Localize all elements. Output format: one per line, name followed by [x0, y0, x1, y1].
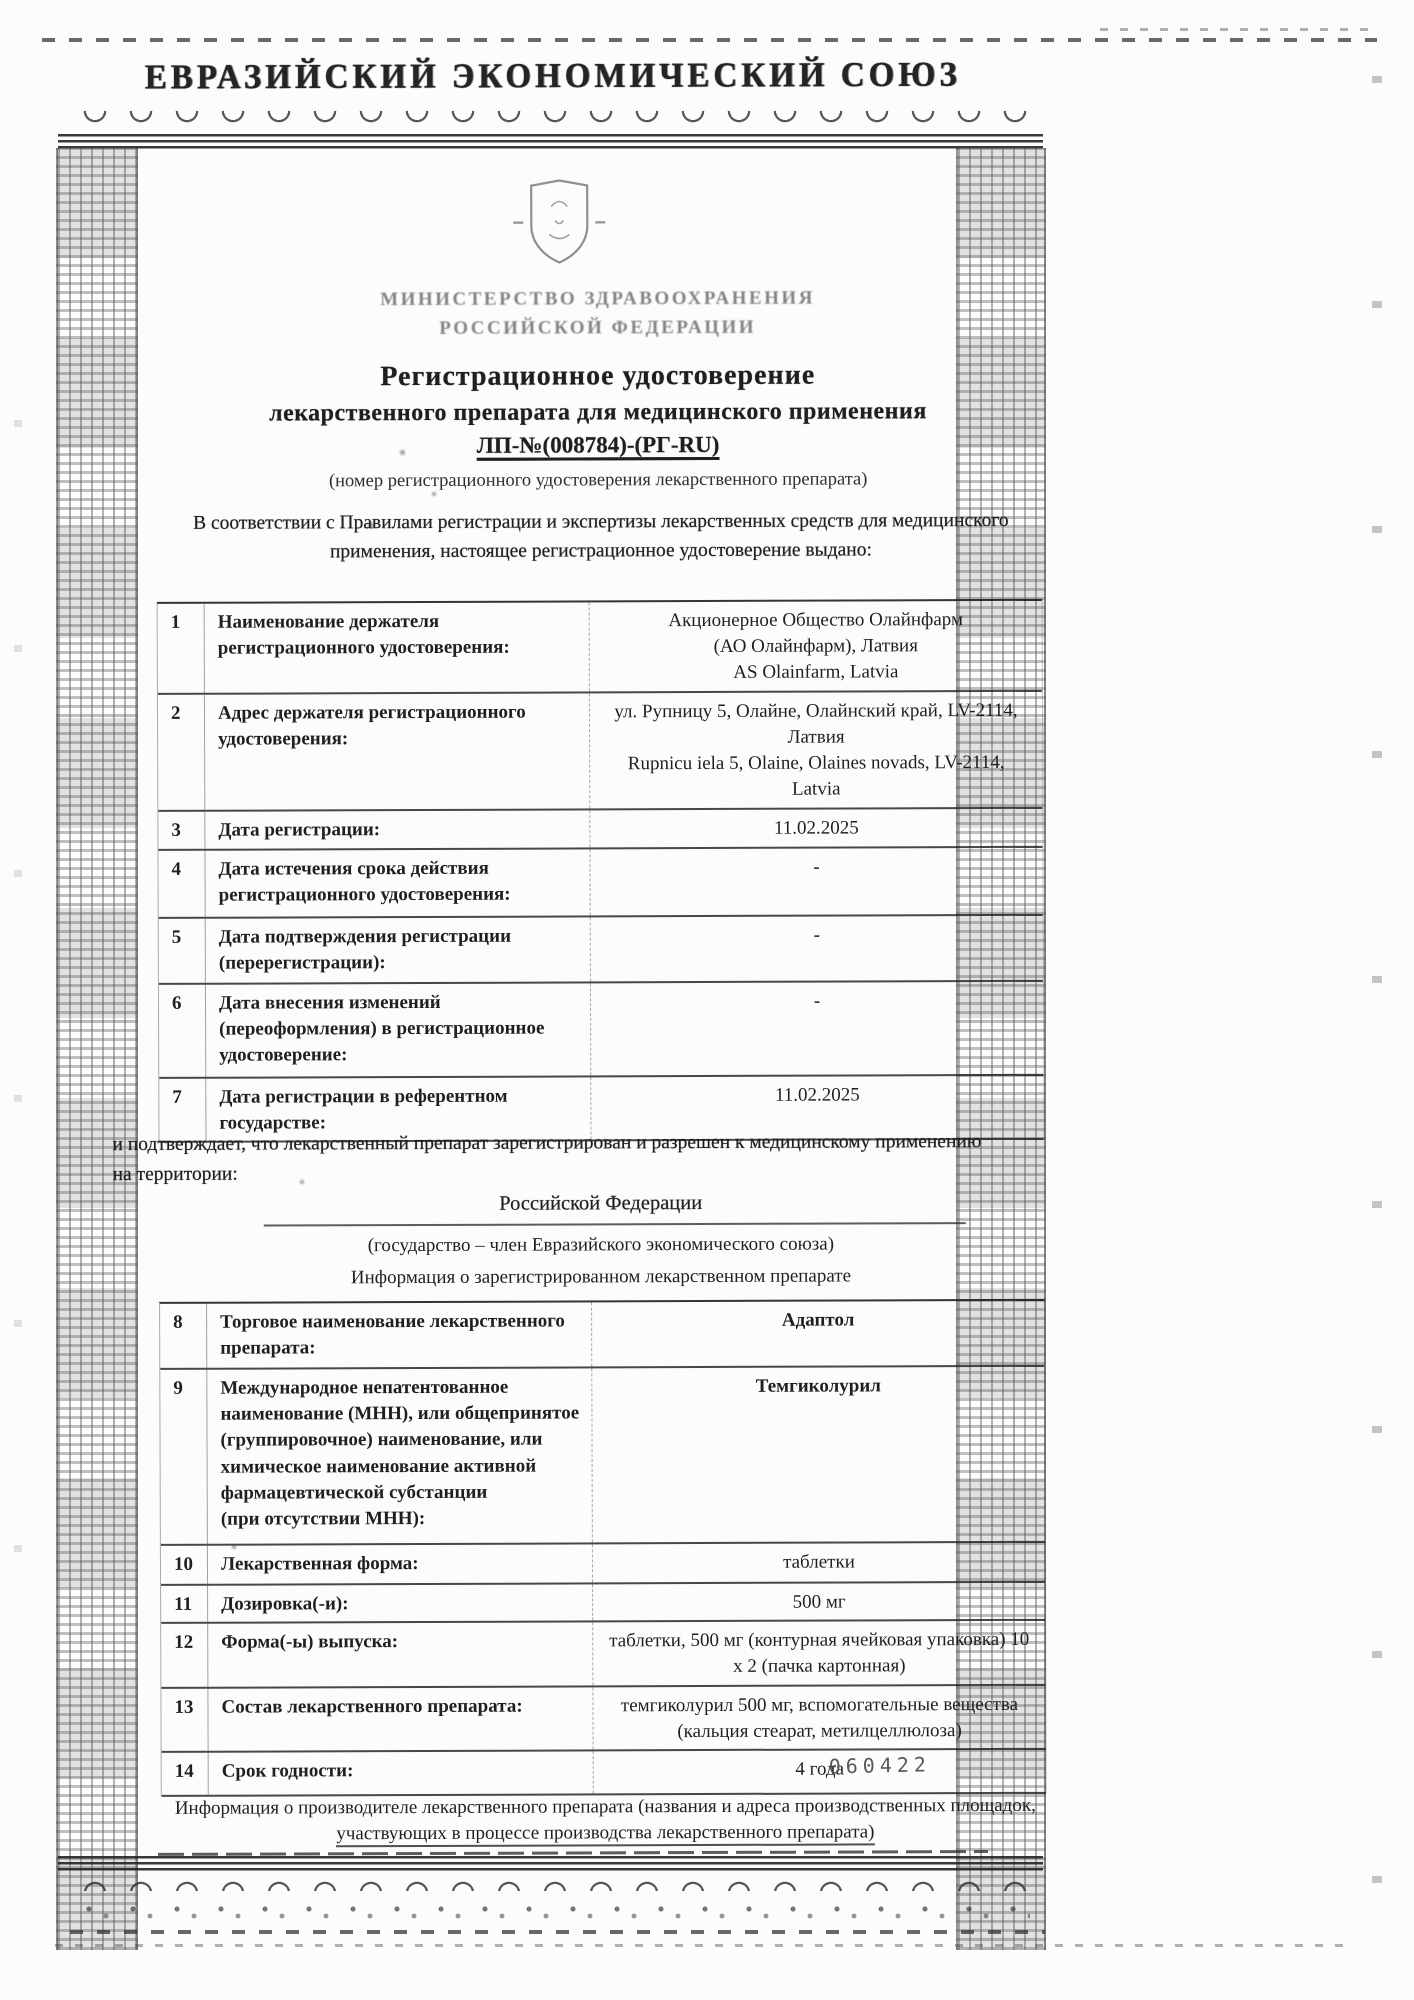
territory-caption: (государство – член Евразийского экономи… — [161, 1233, 1041, 1258]
coat-of-arms-icon — [511, 176, 607, 268]
row-value: Акционерное Общество Олайнфарм (АО Олайн… — [590, 601, 1042, 691]
manufacturer-info-line2-text: участвующих в процессе производства лека… — [336, 1821, 874, 1847]
table-row: 12 Форма(-ы) выпуска: таблетки, 500 мг (… — [161, 1621, 1045, 1689]
row-number: 3 — [158, 811, 205, 848]
row-label: Дата истечения срока действия регистраци… — [205, 849, 590, 916]
table-row: 6 Дата внесения изменений (переоформлени… — [159, 981, 1043, 1078]
table-row: 13 Состав лекарственного препарата: темг… — [161, 1685, 1045, 1753]
row-number: 14 — [162, 1753, 209, 1795]
territory-underline — [264, 1222, 966, 1226]
row-label: Дата внесения изменений (переоформления)… — [206, 983, 591, 1076]
row-value: темгиколурил 500 мг, вспомогательные вещ… — [593, 1685, 1045, 1749]
row-value: - — [591, 981, 1043, 1075]
row-value: - — [590, 847, 1042, 915]
row-label: Международное непатентованное наименован… — [207, 1368, 593, 1543]
row-value: ул. Рупницу 5, Олайне, Олайнский край, L… — [590, 691, 1042, 807]
ministry-heading: МИНИСТЕРСТВО ЗДРАВООХРАНЕНИЯ РОССИЙСКОЙ … — [158, 283, 1038, 345]
holder-table: 1 Наименование держателя регистрационног… — [157, 599, 1045, 1143]
row-number: 12 — [161, 1624, 208, 1687]
row-label: Дозировка(-и): — [208, 1584, 593, 1622]
scanned-certificate-page: ЕВРАЗИЙСКИЙ ЭКОНОМИЧЕСКИЙ СОЮЗ МИНИСТЕРС… — [0, 0, 1414, 2000]
row-number: 9 — [160, 1370, 208, 1544]
document-content: ЕВРАЗИЙСКИЙ ЭКОНОМИЧЕСКИЙ СОЮЗ МИНИСТЕРС… — [0, 0, 1414, 2000]
row-label: Торговое наименование лекарственного пре… — [207, 1302, 592, 1367]
row-label: Дата подтверждения регистрации (перереги… — [206, 917, 591, 982]
row-number: 8 — [160, 1304, 207, 1368]
row-label: Срок годности: — [209, 1751, 594, 1794]
table-row: 2 Адрес держателя регистрационного удост… — [158, 691, 1042, 811]
row-number: 5 — [159, 918, 206, 982]
territory-name: Российской Федерации — [161, 1191, 1041, 1217]
row-number: 10 — [161, 1546, 208, 1584]
ministry-line2: РОССИЙСКОЙ ФЕДЕРАЦИИ — [158, 312, 1038, 345]
ministry-line1: МИНИСТЕРСТВО ЗДРАВООХРАНЕНИЯ — [158, 283, 1038, 316]
table-row: 3 Дата регистрации: 11.02.2025 — [158, 808, 1042, 850]
union-title: ЕВРАЗИЙСКИЙ ЭКОНОМИЧЕСКИЙ СОЮЗ — [69, 56, 1037, 99]
table-row: 11 Дозировка(-и): 500 мг — [161, 1583, 1045, 1624]
row-number: 11 — [161, 1586, 208, 1622]
footer-underline — [158, 1850, 988, 1855]
row-label: Наименование держателя регистрационного … — [205, 602, 590, 692]
row-value: таблетки — [593, 1543, 1045, 1583]
document-title-line1: Регистрационное удостоверение — [158, 359, 1038, 394]
table-row: 9 Международное непатентованное наименов… — [160, 1367, 1045, 1546]
intro-paragraph: В соответствии с Правилами регистрации и… — [188, 506, 1013, 567]
table-row: 10 Лекарственная форма: таблетки — [161, 1543, 1045, 1586]
registration-number-caption: (номер регистрационного удостоверения ле… — [158, 469, 1038, 493]
row-label: Адрес держателя регистрационного удостов… — [205, 693, 590, 809]
table-row: 5 Дата подтверждения регистрации (перере… — [159, 915, 1043, 984]
product-table: 8 Торговое наименование лекарственного п… — [159, 1299, 1047, 1797]
document-title-line2: лекарственного препарата для медицинског… — [108, 398, 1088, 428]
stamp-number: 060422 — [828, 1752, 931, 1778]
row-number: 2 — [158, 694, 205, 809]
row-label: Лекарственная форма: — [208, 1544, 593, 1583]
manufacturer-info-line2: участвующих в процессе производства лека… — [153, 1821, 1058, 1846]
row-number: 4 — [158, 850, 205, 916]
table-row: 1 Наименование держателя регистрационног… — [158, 601, 1042, 695]
manufacturer-info-line1: Информация о производителе лекарственног… — [153, 1793, 1058, 1823]
table-row: 4 Дата истечения срока действия регистра… — [158, 847, 1042, 918]
product-info-heading: Информация о зарегистрированном лекарств… — [161, 1265, 1041, 1290]
row-value: - — [591, 915, 1043, 981]
row-value: 500 мг — [593, 1583, 1045, 1621]
registration-number: ЛП-№(008784)-(РГ-RU) — [158, 431, 1038, 460]
row-value: Адаптол — [592, 1301, 1044, 1367]
row-number: 13 — [161, 1688, 208, 1751]
table-row: 8 Торговое наименование лекарственного п… — [160, 1301, 1044, 1370]
row-number: 1 — [158, 604, 205, 693]
row-value: 4 года — [594, 1750, 1046, 1794]
confirmation-paragraph: и подтверждает, что лекарственный препар… — [112, 1127, 1020, 1191]
row-number: 6 — [159, 984, 206, 1076]
row-label: Дата регистрации: — [205, 810, 590, 848]
row-label: Состав лекарственного препарата: — [208, 1687, 593, 1751]
row-value: Темгиколурил — [592, 1367, 1045, 1543]
row-value: 11.02.2025 — [590, 808, 1042, 847]
row-label: Форма(-ы) выпуска: — [208, 1623, 593, 1687]
row-value: таблетки, 500 мг (контурная ячейковая уп… — [593, 1621, 1045, 1685]
